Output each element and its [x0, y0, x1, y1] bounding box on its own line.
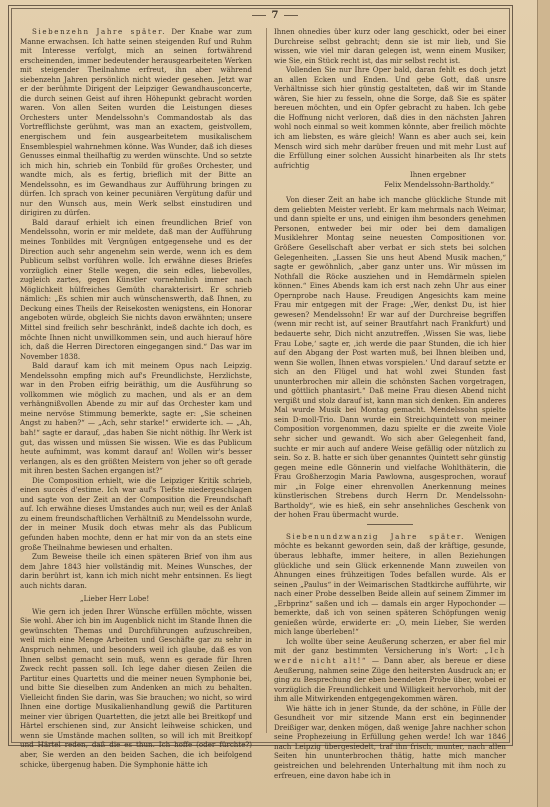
letter-continuation: Ihnen ohnedies über kurz oder lang gesch… — [274, 27, 506, 65]
paragraph: Ich wollte über seine Aeußerung scherzen… — [274, 637, 506, 704]
letter-paragraph: Wie gern ich jeden Ihrer Wünsche erfülle… — [20, 607, 252, 769]
left-column: Siebenzehn Jahre später. Der Knabe war z… — [20, 27, 252, 769]
paragraph: Bald darauf kam ich mit meinem Opus nach… — [20, 361, 252, 476]
column-divider — [266, 28, 267, 733]
page-binding-edge — [537, 0, 550, 807]
paragraph: Zum Beweise theile ich einen späteren Br… — [20, 552, 252, 590]
paragraph: Die Composition erhielt, wie die Leipzig… — [20, 476, 252, 552]
letter-signature: Felix Mendelssohn-Bartholdy.“ — [274, 180, 506, 190]
letter-salutation: „Lieber Herr Lobe! — [20, 594, 252, 604]
paragraph: Bald darauf erhielt ich einen freundlich… — [20, 218, 252, 361]
section-divider — [367, 524, 413, 525]
paragraph: Wie hätte ich in jener Stunde, da der sc… — [274, 704, 506, 780]
paragraph: Von dieser Zeit an habe ich manche glück… — [274, 195, 506, 520]
section-lead: Siebenundzwanzig Jahre später. — [286, 532, 465, 541]
page-number: 7 — [0, 10, 550, 21]
ornament-rule-right — [284, 15, 298, 16]
page-number-text: 7 — [272, 10, 279, 21]
letter-paragraph: Vollenden Sie nur Ihre Oper bald, daran … — [274, 65, 506, 170]
newspaper-page: 7 Siebenzehn Jahre später. Der Knabe war… — [0, 0, 550, 807]
ornament-rule-left — [252, 15, 266, 16]
paragraph: Siebenzehn Jahre später. Der Knabe war z… — [20, 27, 252, 218]
section-lead: Siebenzehn Jahre später. — [32, 27, 166, 36]
paragraph: Siebenundzwanzig Jahre später. Wenigen m… — [274, 532, 506, 637]
right-column: Ihnen ohnedies über kurz oder lang gesch… — [274, 27, 506, 780]
letter-closing: Ihnen ergebner — [274, 170, 506, 180]
